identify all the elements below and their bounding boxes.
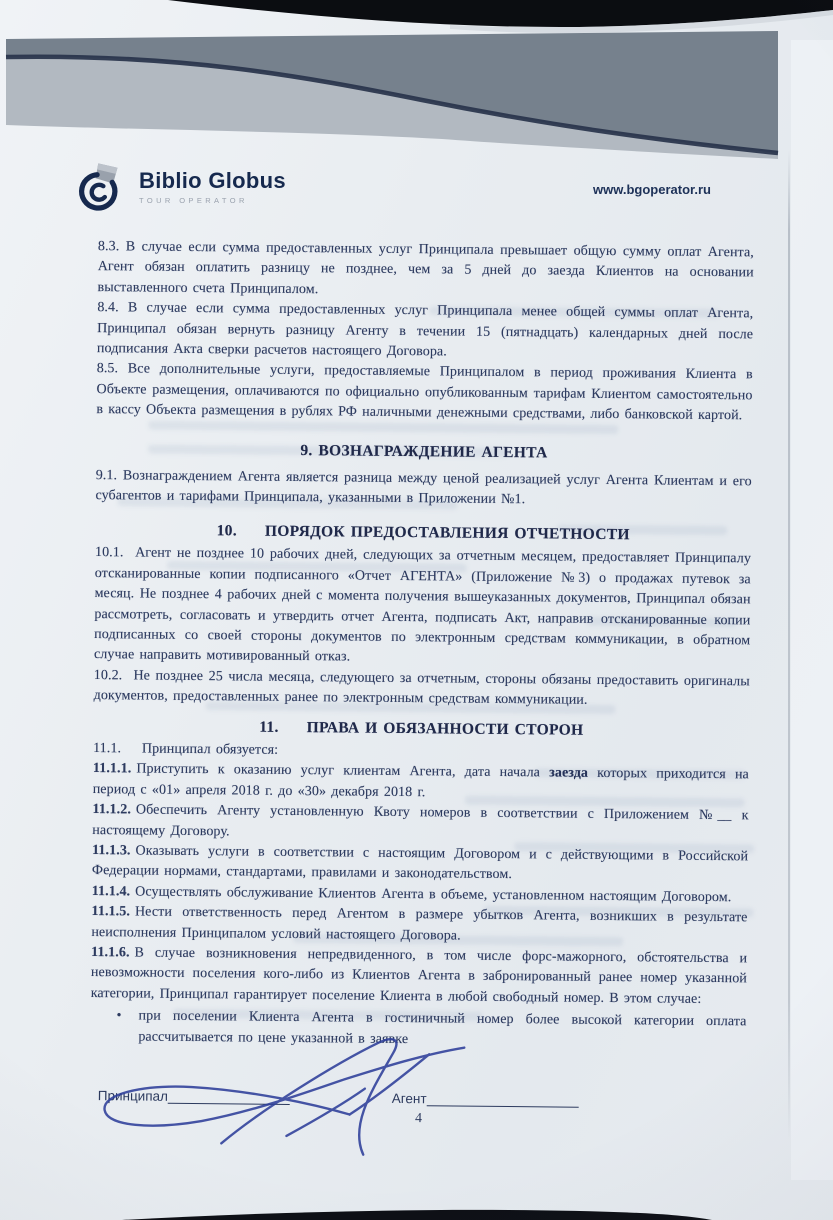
- clause-11-1-1: 11.1.1.Приступить к оказанию услуг клиен…: [93, 759, 749, 806]
- clause-number: 11.1.6.: [91, 945, 130, 960]
- scanned-page: Biblio Globus TOUR OPERATOR www.bgoperat…: [0, 0, 833, 1220]
- clause-text: Обеспечить Агенту установленную Квоту но…: [92, 803, 748, 839]
- section-title: ПРАВА И ОБЯЗАННОСТИ СТОРОН: [307, 718, 584, 741]
- clause-text: Приступить к оказанию услуг клиентам Аге…: [136, 762, 549, 781]
- page-fold-edge: [788, 150, 790, 1140]
- clause-number: 11.1.3.: [92, 843, 131, 858]
- clause-11-1-3: 11.1.3.Оказывать услуги в соответствии с…: [92, 841, 748, 888]
- clause-11-1-6: 11.1.6.В случае возникновения непредвиде…: [91, 943, 748, 1011]
- section-number: 11.: [259, 717, 279, 738]
- clause-number: 11.1.2.: [92, 802, 131, 817]
- clause-10-1: 10.1. Агент не позднее 10 рабочих дней, …: [94, 543, 751, 672]
- clause-8-5: 8.5. Все дополнительные услуги, предоста…: [96, 360, 753, 428]
- clause-text: В случае возникновения непредвиденного, …: [91, 945, 748, 1006]
- clause-number: 11.1.5.: [91, 904, 130, 919]
- clause-number: 11.1.1.: [93, 761, 132, 776]
- handwritten-signature: [81, 1022, 482, 1166]
- clause-text-bold: заезда: [549, 766, 588, 781]
- section-title: ПОРЯДОК ПРЕДОСТАВЛЕНИЯ ОТЧЕТНОСТИ: [265, 522, 630, 546]
- photo-background-bottom: [0, 1206, 833, 1220]
- clause-9-1: 9.1. Вознаграждением Агента является раз…: [95, 466, 751, 513]
- clause-text: Оказывать услуги в соответствии с настоя…: [92, 843, 748, 882]
- section-9-heading: 9. ВОЗНАГРАЖДЕНИЕ АГЕНТА: [96, 439, 752, 466]
- clause-10-2: 10.2. Не позднее 25 числа месяца, следую…: [94, 666, 750, 713]
- clause-text: Нести ответственность перед Агентом в ра…: [91, 905, 747, 944]
- section-11-heading: 11. ПРАВА И ОБЯЗАННОСТИ СТОРОН: [93, 716, 749, 743]
- section-number: 10.: [217, 521, 237, 542]
- clause-8-4: 8.4. В случае если сумма предоставленных…: [97, 298, 754, 366]
- section-10-heading: 10. ПОРЯДОК ПРЕДОСТАВЛЕНИЯ ОТЧЕТНОСТИ: [95, 520, 751, 547]
- clause-text: Осуществлять обслуживание Клиентов Агент…: [135, 884, 731, 905]
- clause-8-3: 8.3. В случае если сумма предоставленных…: [97, 237, 754, 305]
- contract-text: 8.3. В случае если сумма предоставленных…: [90, 237, 754, 1053]
- clause-number: 11.1.4.: [92, 884, 131, 899]
- page-content: 8.3. В случае если сумма предоставленных…: [0, 0, 833, 1220]
- clause-11-1-5: 11.1.5.Нести ответственность перед Агент…: [91, 902, 747, 949]
- clause-11-1-2: 11.1.2.Обеспечить Агенту установленную К…: [92, 800, 748, 847]
- page-edge-highlight: [791, 40, 833, 1180]
